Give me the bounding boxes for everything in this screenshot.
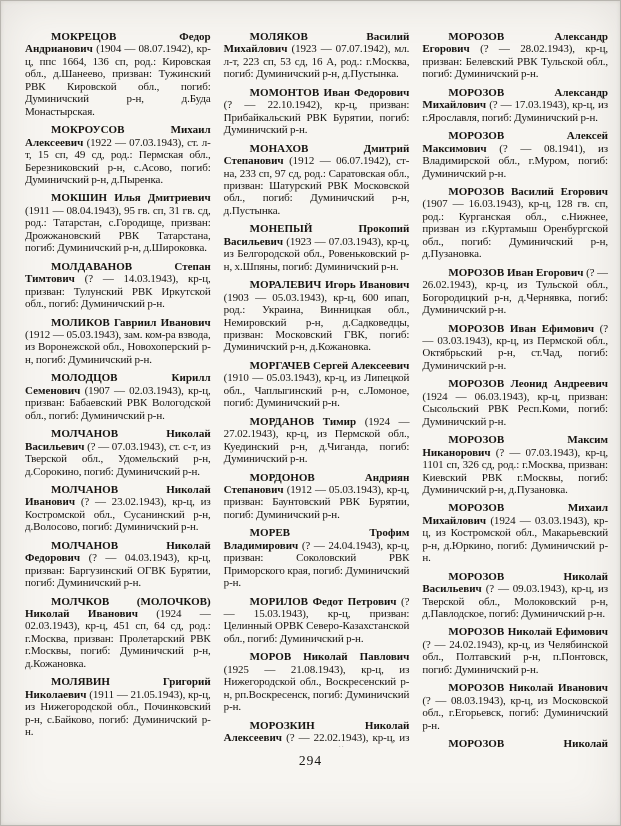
memorial-entry: МОНАХОВ Дмитрий Степанович (1912 — 06.07… — [224, 143, 410, 218]
entry-name: МОРИЛОВ Федот Петрович — [250, 596, 397, 608]
memorial-entry: МОРОВ Николай Павлович (1925 — 21.08.194… — [224, 651, 410, 713]
memorial-entry: МОНЕПЫЙ Прокопий Васильевич (1923 — 07.0… — [224, 223, 410, 273]
column-3: МОРОЗОВ Александр Егорович (? — 28.02.19… — [422, 31, 608, 747]
memorial-entry: МОРЕВ Трофим Владимирович (? — 24.04.194… — [224, 527, 410, 589]
memorial-entry: МОРДОНОВ Андриян Степанович (1912 — 05.0… — [224, 472, 410, 522]
entry-name: МОКШИН Илья Дмитриевич — [51, 192, 211, 204]
page-number: 294 — [1, 753, 620, 769]
entry-details: (? — 08.03.1943), кр-ц, из Московской об… — [422, 695, 608, 732]
memorial-entry: МОКРОУСОВ Михаил Алексеевич (1922 — 07.0… — [25, 124, 211, 186]
memorial-entry: МОРОЗОВ Николай Иванович (? — 08.03.1943… — [422, 682, 608, 732]
memorial-entry: МОРОЗОВ Александр Михайлович (? — 17.03.… — [422, 87, 608, 124]
column-2: МОЛЯКОВ Василий Михайлович (1923 — 07.07… — [224, 31, 410, 747]
memorial-entry: МОЛЧАНОВ Николай Иванович (? — 23.02.194… — [25, 484, 211, 534]
memorial-entry: МОРОЗОВ Михаил Михайлович (1924 — 03.03.… — [422, 502, 608, 564]
entry-details: (1912 — 05.03.1943), зам. ком-ра взвода,… — [25, 329, 211, 366]
memorial-entry: МОРОЗОВ Иван Ефимович (? — 03.03.1943), … — [422, 323, 608, 373]
entry-name: МОРОЗОВ Василий Егорович — [448, 186, 608, 198]
memorial-entry: МОРОЗОВ Николай Ефимович (? — 24.02.1943… — [422, 626, 608, 676]
memorial-entry: МОРГАЧЕВ Сергей Алексеевич (1910 — 05.03… — [224, 360, 410, 410]
memorial-entry: МОРОЗОВ Василий Егорович (1907 — 16.03.1… — [422, 186, 608, 261]
memorial-entry: МОЛЯКОВ Василий Михайлович (1923 — 07.07… — [224, 31, 410, 81]
memorial-entry: МОРОЗОВ Александр Егорович (? — 28.02.19… — [422, 31, 608, 81]
memorial-entry: МОЛИКОВ Гавриил Иванович (1912 — 05.03.1… — [25, 317, 211, 367]
memorial-entry: МОКШИН Илья Дмитриевич (1911 — 08.04.194… — [25, 192, 211, 254]
entry-name: МОРОЗОВ Иван Егорович — [448, 267, 583, 279]
entry-name: МОРАЛЕВИЧ Игорь Иванович — [250, 279, 410, 291]
entry-name: МОРОВ Николай Павлович — [250, 651, 410, 663]
memorial-entry: МОЛДАВАНОВ Степан Тимтович (? — 14.03.19… — [25, 261, 211, 311]
entry-details: (? — 22.10.1942), кр-ц, призван: Прибайк… — [224, 99, 410, 136]
memorial-entry: МОЛЧАНОВ Николай Федорович (? — 04.03.19… — [25, 540, 211, 590]
column-1: МОКРЕЦОВ Федор Андрианович (1904 — 08.07… — [25, 31, 211, 747]
text-columns: МОКРЕЦОВ Федор Андрианович (1904 — 08.07… — [25, 31, 608, 747]
entry-name: МОРДАНОВ Тимир — [250, 416, 356, 428]
entry-name: МОРОЗОВ Леонид Андреевич — [448, 378, 608, 390]
memorial-entry: МОРИЛОВ Федот Петрович (? — 15.03.1943),… — [224, 596, 410, 646]
memorial-entry: МОРАЛЕВИЧ Игорь Иванович (1903 — 05.03.1… — [224, 279, 410, 354]
memorial-entry: МОРОЗОВ Иван Егорович (? — 26.02.1943), … — [422, 267, 608, 317]
memorial-entry: МОМОНТОВ Иван Федорович (? — 22.10.1942)… — [224, 87, 410, 137]
memorial-entry: МОРОЗОВ Алексей Максимович (? — 08.1941)… — [422, 130, 608, 180]
entry-name: МОМОНТОВ Иван Федорович — [250, 87, 410, 99]
memorial-entry: МОЛОДЦОВ Кирилл Семенович (1907 — 02.03.… — [25, 372, 211, 422]
memorial-entry: МОРДАНОВ Тимир (1924 — 27.02.1943), кр-ц… — [224, 416, 410, 466]
entry-name: МОЛИКОВ Гавриил Иванович — [51, 317, 211, 329]
entry-name: МОРОЗОВ Иван Ефимович — [448, 323, 594, 335]
entry-details: (1924 — 06.03.1943), кр-ц, призван: Сысо… — [422, 391, 608, 428]
entry-details: (1910 — 05.03.1943), кр-ц, из Липецкой о… — [224, 372, 410, 409]
book-page: МОКРЕЦОВ Федор Андрианович (1904 — 08.07… — [0, 0, 621, 826]
memorial-entry: МОРОЗОВ Максим Никанорович (? — 07.03.19… — [422, 434, 608, 496]
entry-details: (1903 — 05.03.1943), кр-ц, 600 ипап, род… — [224, 292, 410, 354]
entry-details: (1911 — 08.04.1943), 95 гв. сп, 31 гв. с… — [25, 205, 211, 254]
memorial-entry: МОРОЗОВ Леонид Андреевич (1924 — 06.03.1… — [422, 378, 608, 428]
memorial-entry: МОЛЯВИН Григорий Николаевич (1911 — 21.0… — [25, 676, 211, 738]
entry-details: (1925 — 21.08.1943), кр-ц, из Нижегородс… — [224, 664, 410, 713]
entry-name: МОРОЗОВ Николай Ефимович — [448, 626, 608, 638]
memorial-entry: МОРОЗОВ Николай Васильевич (? — 09.03.19… — [422, 571, 608, 621]
memorial-entry: МОЛЧАНОВ Николай Васильевич (? — 07.03.1… — [25, 428, 211, 478]
memorial-entry: МОКРЕЦОВ Федор Андрианович (1904 — 08.07… — [25, 31, 211, 118]
entry-details: (1907 — 16.03.1943), кр-ц, 128 гв. сп, р… — [422, 198, 608, 260]
entry-details: (? — 24.02.1943), кр-ц, из Челябинской о… — [422, 639, 608, 676]
entry-name: МОРОЗОВ Николай Макарович — [422, 738, 608, 747]
memorial-entry: МОРОЗОВ Николай Макарович (1921 — 10.07.… — [422, 738, 608, 747]
memorial-entry: МОРОЗКИН Николай Алексеевич (? — 22.02.1… — [224, 720, 410, 747]
entry-name: МОРГАЧЕВ Сергей Алексеевич — [250, 360, 410, 372]
memorial-entry: МОЛЧКОВ (МОЛОЧКОВ) Николай Иванович (192… — [25, 596, 211, 671]
entry-name: МОРОЗОВ Николай Иванович — [448, 682, 608, 694]
